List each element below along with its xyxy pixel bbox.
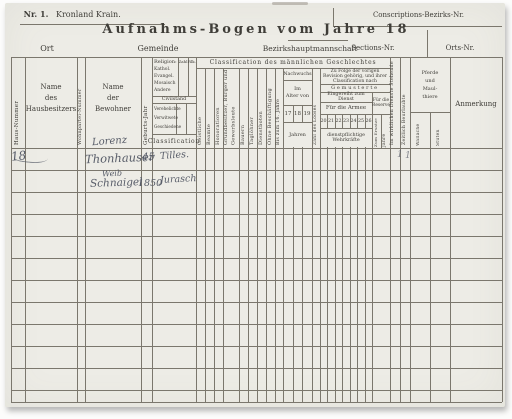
grid-line-vertical: [502, 57, 503, 402]
grid-line-horizontal: [11, 214, 502, 215]
horses-header: Pferde und Maul- thiere: [411, 58, 449, 111]
service-age: 24: [350, 115, 357, 127]
civilstand-row: Geschiedene: [154, 123, 176, 130]
occupation-column: Beamte: [205, 68, 214, 148]
kronland-label: Kronland Krain.: [56, 9, 146, 19]
grid-line-horizontal: [11, 170, 502, 171]
bis16-column: Bis zum 16. Jahre: [275, 68, 283, 148]
grid-line-horizontal: [11, 368, 502, 369]
civilstand-row: Verehelichte: [154, 105, 176, 112]
grid-line-horizontal: [11, 236, 502, 237]
religion-row: Evangel.: [154, 73, 177, 79]
grid-line-vertical: [152, 57, 153, 402]
form-title: Aufnahms-Bogen vom Jahre 18: [60, 21, 452, 38]
grid-line-horizontal: [11, 346, 502, 347]
nachwuchs-alter-label: Im Alter von: [284, 81, 311, 104]
occupation-column: Taglöhner: [248, 68, 257, 148]
grid-line-vertical: [302, 105, 303, 402]
service-age: 23: [342, 115, 350, 127]
jahre-column: Jahre: [381, 114, 390, 148]
form-number: Nr. 1.: [20, 9, 52, 19]
classification-label: Classification: [153, 135, 195, 147]
furloughed-column: Zeitlich Beurlaubte: [400, 57, 410, 148]
col-header-wohnpartei: Wohnpartei-Nummer: [77, 57, 85, 148]
anmerkung-column: Anmerkung: [450, 95, 502, 113]
grid-line-horizontal: [11, 402, 502, 403]
grid-line-horizontal: [11, 390, 502, 391]
orts-nr-label: Orts-Nr.: [436, 43, 484, 53]
grid-line-vertical: [186, 103, 187, 134]
handwritten-tally-mark: 1: [397, 150, 403, 160]
wehrkraft-label: dienstpflichtige Wehrkräfte: [321, 129, 371, 147]
service-age: 20: [320, 115, 327, 127]
handwritten-resident-name: Schnaigel: [90, 176, 143, 190]
handwritten-tally-mark: 1: [405, 151, 411, 161]
col-header-hausbesitzer: Name des Hausbesitzers: [26, 68, 76, 128]
eingereiht-label: Eingereiht zum Dienst: [321, 93, 371, 101]
armee-label: Für die Armee: [321, 103, 371, 113]
nachwuchs-age: 17: [283, 106, 293, 121]
ersatz-column: Zum Ersatze: [372, 114, 381, 148]
nachwuchs-age: 18: [293, 106, 302, 121]
grid-line-horizontal: [11, 302, 502, 303]
handwritten-classification: Tilles.: [160, 149, 190, 162]
grid-line-horizontal: [11, 192, 502, 193]
grid-line-vertical: [293, 105, 294, 402]
loos-column: Zahl des Looses: [312, 68, 320, 148]
col-header-haus-nummer: Haus-Nummer: [11, 57, 25, 148]
occupation-column: Geistliche: [196, 68, 205, 148]
sections-nr-label: Sections-Nr.: [345, 43, 401, 53]
religion-row: Kathol.: [154, 66, 177, 72]
nachwuchs-age: 19: [302, 106, 312, 121]
horses-sub-left: Wallache: [410, 112, 430, 148]
religion-zahl-header: Zahl: [178, 58, 188, 65]
nachwuchs-title: Nachwuchs: [284, 69, 311, 79]
occupation-column: Ohne Beschäftigung: [266, 68, 275, 148]
service-age: 26: [365, 115, 372, 127]
grid-line-horizontal: [152, 103, 196, 104]
occupation-column: Honoratioren: [214, 68, 223, 148]
service-age: 25: [357, 115, 365, 127]
religion-row: Mosaisch: [154, 80, 177, 86]
grid-line-vertical: [430, 112, 431, 402]
grid-line-horizontal: [11, 280, 502, 281]
male-classification-header: Classification des männlichen Geschlecht…: [197, 58, 389, 67]
nachwuchs-jahren-label: Jahren: [284, 123, 311, 147]
active-service-column: Im wirklichen Dienste Stehende: [390, 57, 400, 148]
religion-rlk-header: Rlk.: [188, 58, 196, 65]
scanned-census-form: Nr. 1.Kronland Krain.Conscriptions-Bezir…: [0, 0, 512, 419]
handwritten-birth-year: 45: [142, 152, 155, 163]
handwritten-birth-year: 1850: [138, 178, 162, 189]
gemeinde-label: Gemeinde: [128, 43, 188, 53]
service-age: 21: [327, 115, 335, 127]
occupation-column: Grundbesitzer, Bürger und Gewerbsleute: [223, 68, 239, 148]
conscription-district-label: Conscriptions-Bezirks-Nr.: [335, 10, 502, 20]
occupation-column: Bauern: [239, 68, 248, 148]
religion-box-title: Religion:: [154, 58, 178, 65]
occupation-column: Dienstboten: [257, 68, 266, 148]
religion-row: Andere: [154, 87, 177, 93]
revision-header: Zu Folge der vorigen Revision gehörig, u…: [321, 69, 389, 83]
scan-smudge: [272, 2, 308, 5]
grid-line-horizontal: [11, 324, 502, 325]
civilstand-row: Verwitwete: [154, 114, 176, 121]
mustered-label: Gemusterte: [321, 85, 389, 91]
service-age: 22: [335, 115, 342, 127]
ort-label: Ort: [32, 43, 62, 53]
grid-line-horizontal: [11, 258, 502, 259]
grid-line-horizontal: [11, 148, 502, 149]
reserve-label: Für die Reserve: [373, 93, 389, 113]
col-header-geburtsjahr: Geburts-Jahr: [141, 57, 152, 148]
col-header-bewohner: Name der Bewohner: [86, 68, 140, 128]
horses-sub-right: Stuten: [430, 112, 450, 148]
handwritten-classification: Jurasch: [160, 173, 197, 186]
civilstand-box-title: Civilstand: [152, 96, 196, 103]
grid-line-horizontal: [288, 40, 348, 41]
